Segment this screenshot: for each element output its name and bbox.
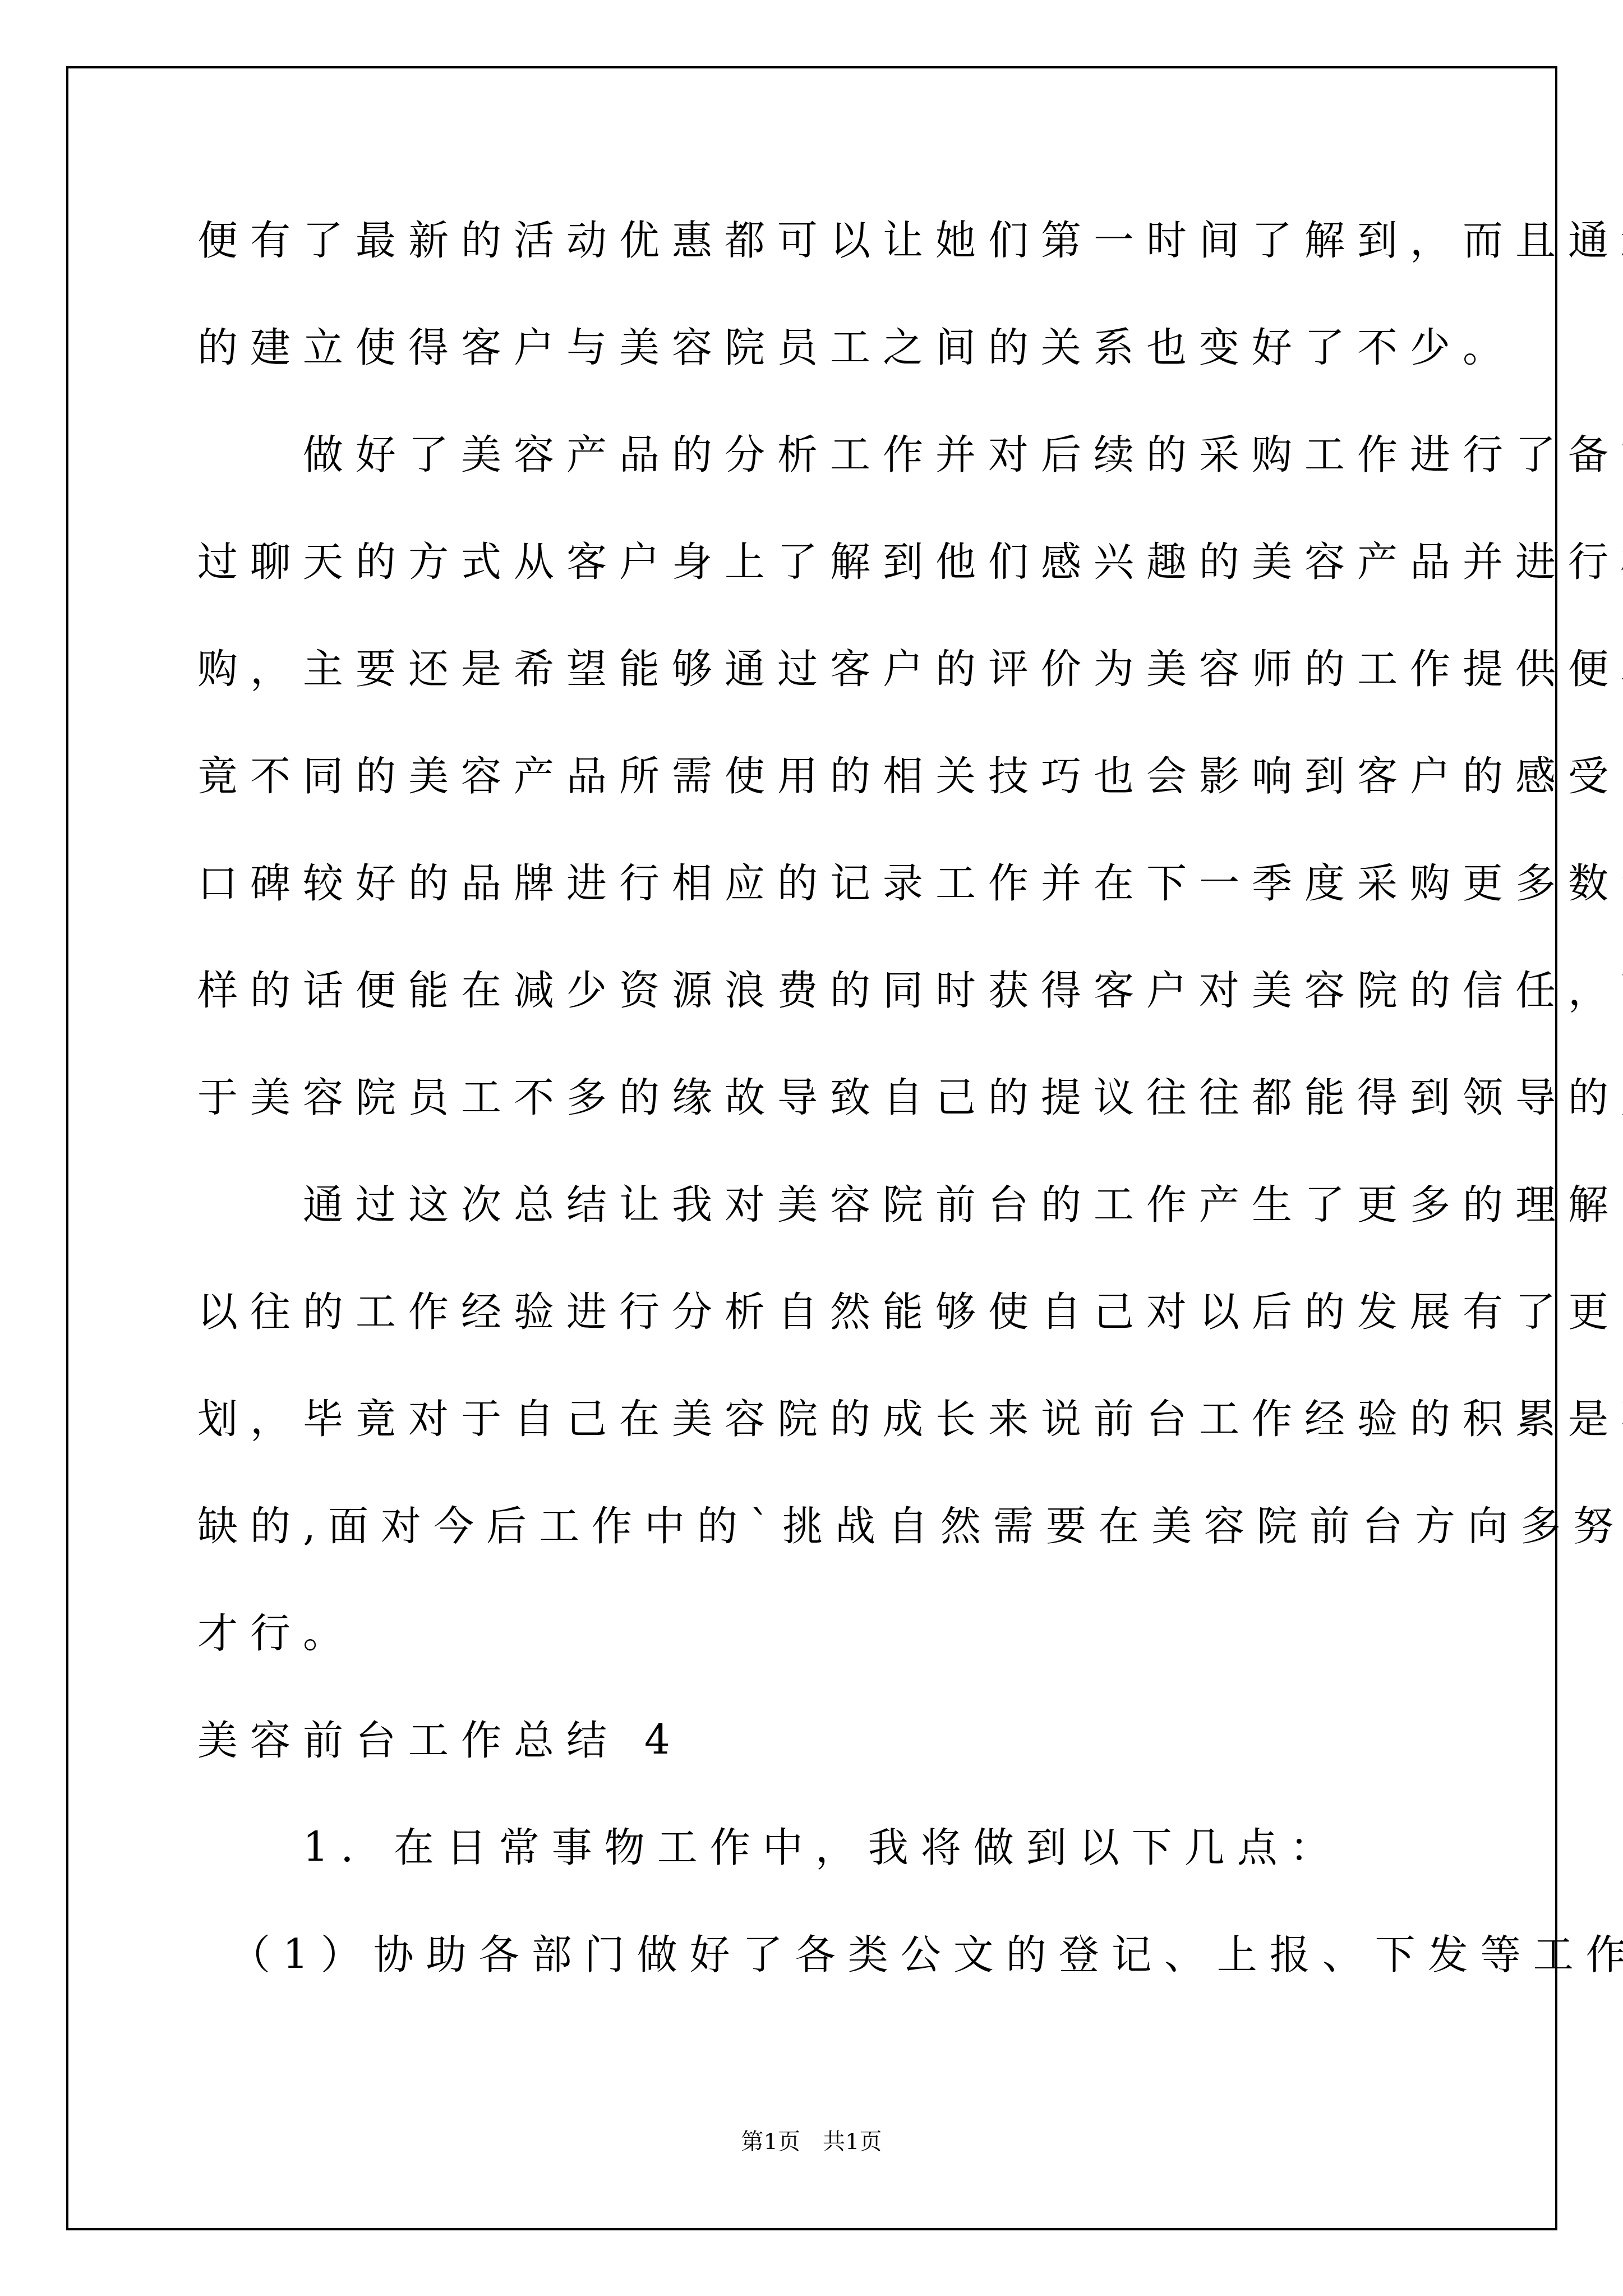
text-line: 做好了美容产品的分析工作并对后续的采购工作进行了备注，通 (197, 427, 1426, 481)
text-line: 缺的,面对今后工作中的`挑战自然需要在美容院前台方向多努力一些 (197, 1499, 1426, 1553)
text-line: 以往的工作经验进行分析自然能够使自己对以后的发展有了更多的规 (197, 1285, 1426, 1338)
text-line: 样的话便能在减少资源浪费的同时获得客户对美容院的信任，而且由 (197, 963, 1426, 1017)
text-line: 通过这次总结让我对美容院前台的工作产生了更多的理解，结合 (197, 1177, 1426, 1231)
text-line: 划，毕竟对于自己在美容院的成长来说前台工作经验的积累是不可或 (197, 1392, 1426, 1446)
page-border (66, 66, 1557, 2230)
text-line: 竟不同的美容产品所需使用的相关技巧也会影响到客户的感受，对于 (197, 749, 1426, 803)
text-line: 购，主要还是希望能够通过客户的评价为美容师的工作提供便利，毕 (197, 642, 1426, 696)
text-line: 口碑较好的品牌进行相应的记录工作并在下一季度采购更多数量，这 (197, 856, 1426, 910)
section-heading: 美容前台工作总结 4 (197, 1713, 1426, 1767)
page-footer: 第1页 共1页 (0, 2126, 1623, 2157)
list-item: （1）协助各部门做好了各类公文的登记、上报、下发等工作，并 (197, 1927, 1426, 1981)
text-line: 过聊天的方式从客户身上了解到他们感兴趣的美容产品并进行样品采 (197, 535, 1426, 588)
list-item: 1．在日常事物工作中，我将做到以下几点： (197, 1820, 1426, 1874)
text-line: 于美容院员工不多的缘故导致自己的提议往往都能得到领导的支持。 (197, 1070, 1426, 1124)
text-line: 的建立使得客户与美容院员工之间的关系也变好了不少。 (197, 320, 1426, 374)
text-line: 便有了最新的活动优惠都可以让她们第一时间了解到，而且通过群体 (197, 213, 1426, 267)
text-line: 才行。 (197, 1606, 1426, 1660)
